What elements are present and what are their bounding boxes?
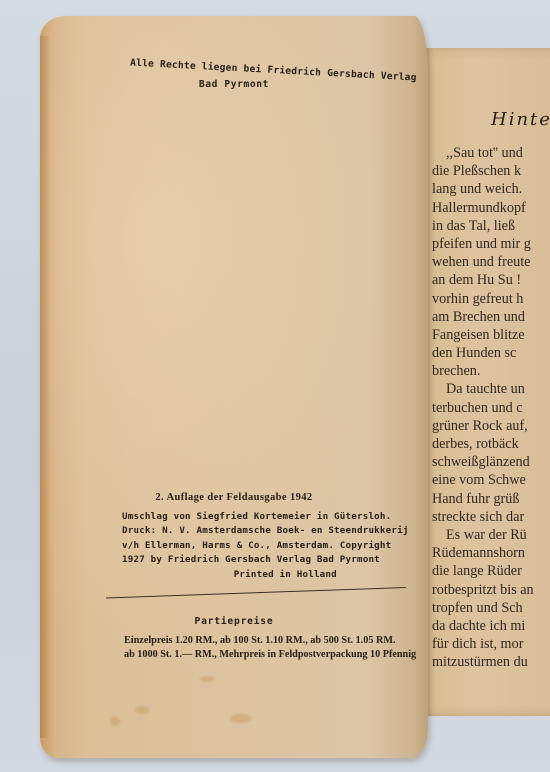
text-line: rotbespritzt bis an xyxy=(432,581,550,599)
text-line: vorhin gefreut h xyxy=(432,290,550,308)
text-line: in das Tal, ließ xyxy=(432,217,550,235)
text-line: Da tauchte un xyxy=(432,380,550,398)
rights-notice: Alle Rechte liegen bei Friedrich Gersbac… xyxy=(130,64,417,75)
text-line: am Brechen und xyxy=(432,308,550,326)
text-line: Hand fuhr grüß xyxy=(432,490,550,508)
text-line: eine vom Schwe xyxy=(432,471,550,489)
text-line: wehen und freute xyxy=(432,253,550,271)
text-line: grüner Rock auf, xyxy=(432,417,550,435)
text-line: tropfen und Sch xyxy=(432,599,550,617)
divider-rule xyxy=(106,587,406,612)
paper-stain xyxy=(110,716,120,726)
text-line: da dachte ich mi xyxy=(432,617,550,635)
price-list: Einzelpreis 1.20 RM., ab 100 St. 1.10 RM… xyxy=(124,634,416,662)
right-page-body: ,,Sau tot'' unddie Pleßschen klang und w… xyxy=(432,144,550,671)
text-line: Es war der Rü xyxy=(432,526,550,544)
text-line: den Hunden sc xyxy=(432,344,550,362)
text-line: streckte sich dar xyxy=(432,508,550,526)
price-line: Einzelpreis 1.20 RM., ab 100 St. 1.10 RM… xyxy=(124,634,416,648)
text-line: die lange Rüder xyxy=(432,562,550,580)
paper-stain xyxy=(200,676,214,682)
book-photo: Hinte ,,Sau tot'' unddie Pleßschen klang… xyxy=(0,0,550,772)
chapter-heading: Hinte xyxy=(491,109,550,130)
credit-line: v/h Ellerman, Harms & Co., Amsterdam. Co… xyxy=(122,539,409,553)
left-page: Alle Rechte liegen bei Friedrich Gersbac… xyxy=(40,16,428,758)
text-line: lang und weich. xyxy=(432,180,550,198)
credit-line: Umschlag von Siegfried Kortemeier in Güt… xyxy=(122,510,409,524)
text-line: die Pleßschen k xyxy=(432,162,550,180)
page-edge-shadow xyxy=(40,36,50,738)
text-line: mitzustürmen du xyxy=(432,653,550,671)
paper-stain xyxy=(230,714,252,723)
credit-line: Printed in Holland xyxy=(122,568,409,582)
text-line: derbes, rotbäck xyxy=(432,435,550,453)
publisher-location: Bad Pyrmont xyxy=(40,79,428,90)
text-line: Rüdemannshorn xyxy=(432,544,550,562)
text-line: pfeifen und mir g xyxy=(432,235,550,253)
text-line: ,,Sau tot'' und xyxy=(432,144,550,162)
prices-heading: Partiepreise xyxy=(40,616,428,627)
text-line: schweißglänzend xyxy=(432,453,550,471)
credit-line: 1927 by Friedrich Gersbach Verlag Bad Py… xyxy=(122,553,409,567)
text-line: terbuchen und c xyxy=(432,399,550,417)
right-page: Hinte ,,Sau tot'' unddie Pleßschen klang… xyxy=(420,48,550,716)
text-line: an dem Hu Su ! xyxy=(432,271,550,289)
credit-line: Druck: N. V. Amsterdamsche Boek- en Stee… xyxy=(122,524,409,538)
text-line: Hallermundkopf xyxy=(432,199,550,217)
edition-line: 2. Auflage der Feldausgabe 1942 xyxy=(40,492,428,503)
imprint-credits: Umschlag von Siegfried Kortemeier in Güt… xyxy=(122,510,409,582)
text-line: Fangeisen blitze xyxy=(432,326,550,344)
text-line: brechen. xyxy=(432,362,550,380)
paper-stain xyxy=(135,706,149,714)
text-line: für dich ist, mor xyxy=(432,635,550,653)
price-line: ab 1000 St. 1.— RM., Mehrpreis in Feldpo… xyxy=(124,648,416,662)
